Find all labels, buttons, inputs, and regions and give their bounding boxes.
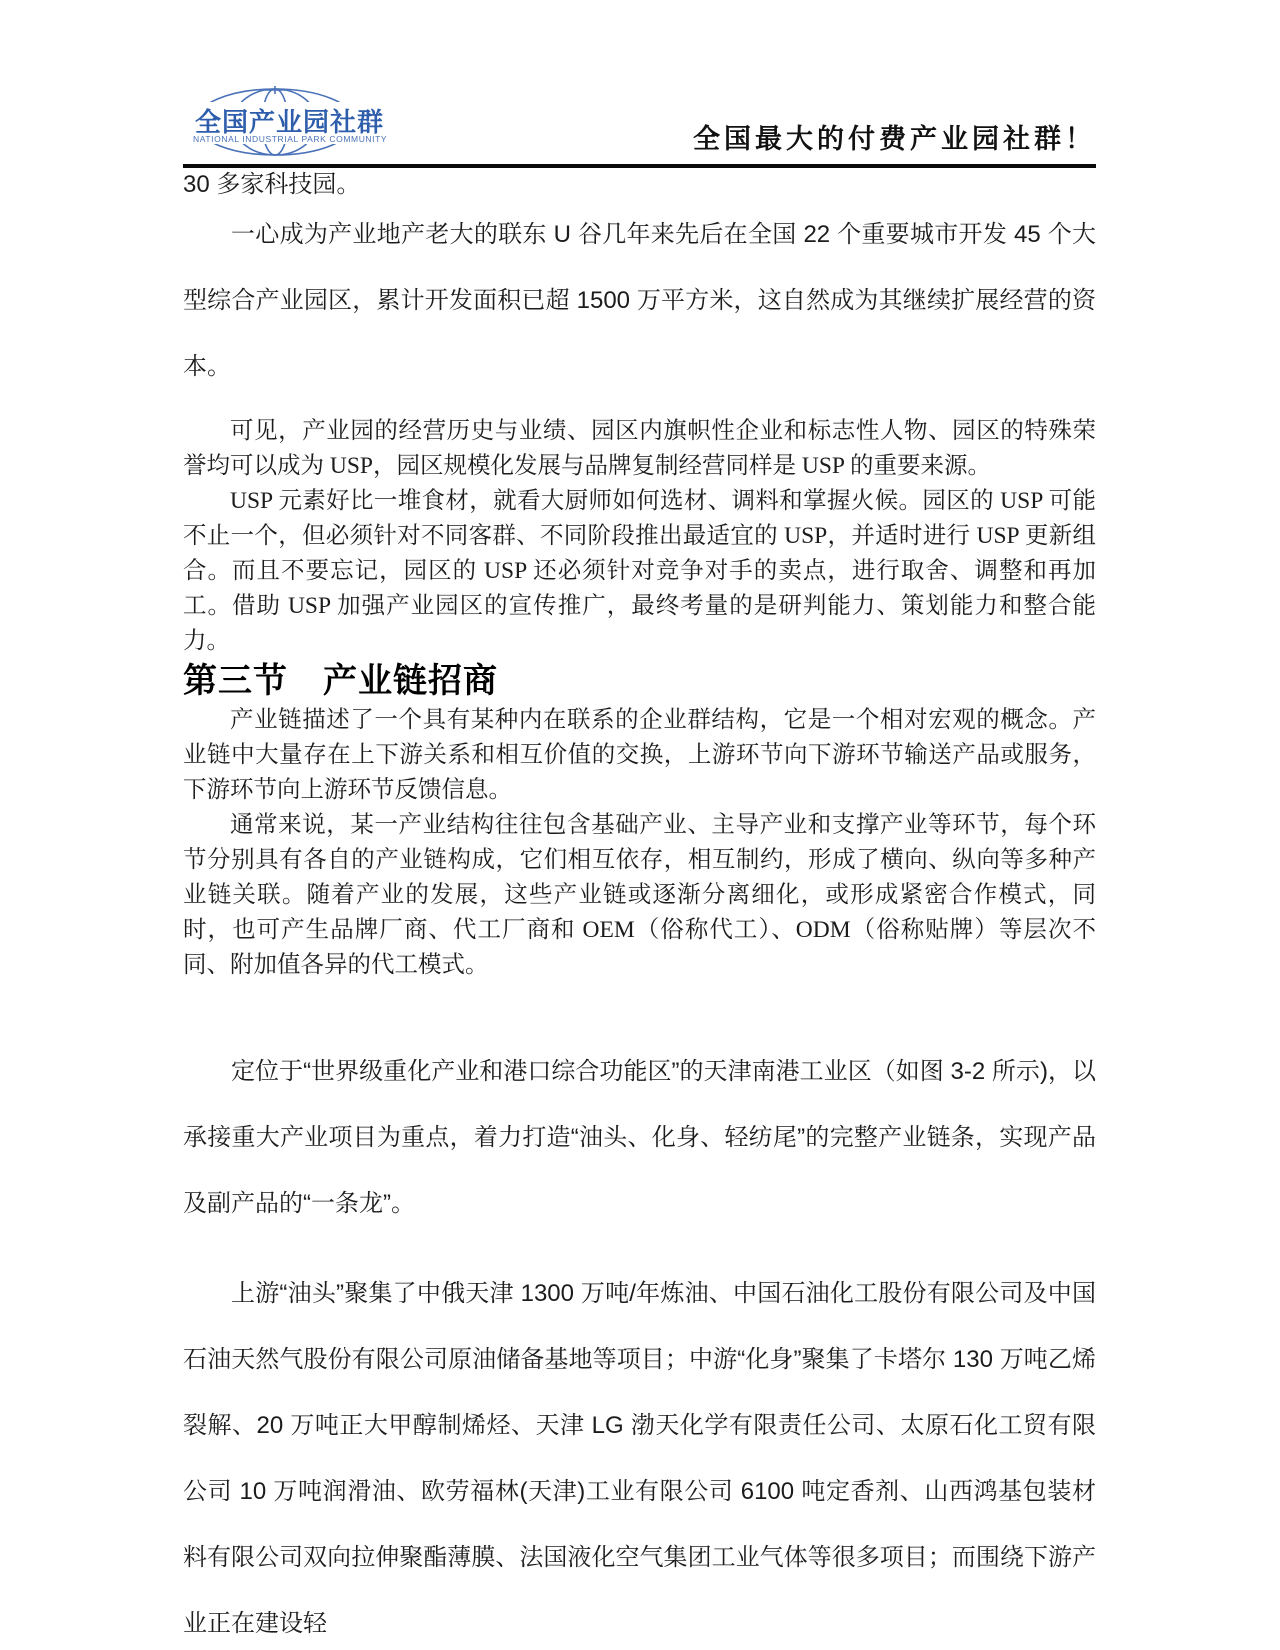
paragraph: 定位于“世界级重化产业和港口综合功能区”的天津南港工业区（如图 3-2 所示)，… [183,1039,1096,1237]
logo-subtitle: NATIONAL INDUSTRIAL PARK COMMUNITY [191,134,389,144]
paragraph: 产业链描述了一个具有某种内在联系的企业群结构，它是一个相对宏观的概念。产业链中大… [183,703,1096,808]
paragraph: 可见，产业园的经营历史与业绩、园区内旗帜性企业和标志性人物、园区的特殊荣誉均可以… [183,414,1096,484]
header-tagline: 全国最大的付费产业园社群！ [693,117,1096,158]
paragraph: 30 多家科技园。 [183,168,1096,202]
logo: 全国产业园社群 NATIONAL INDUSTRIAL PARK COMMUNI… [183,86,393,158]
paragraph: 上游“油头”聚集了中俄天津 1300 万吨/年炼油、中国石油化工股份有限公司及中… [183,1261,1096,1650]
paragraph: USP 元素好比一堆食材，就看大厨师如何选材、调料和掌握火候。园区的 USP 可… [183,484,1096,659]
page-header: 全国产业园社群 NATIONAL INDUSTRIAL PARK COMMUNI… [183,84,1096,168]
document-page: 全国产业园社群 NATIONAL INDUSTRIAL PARK COMMUNI… [183,0,1096,1650]
paragraph: 通常来说，某一产业结构往往包含基础产业、主导产业和支撑产业等环节，每个环节分别具… [183,808,1096,983]
section-heading: 第三节 产业链招商 [183,659,1096,703]
document-body: 30 多家科技园。一心成为产业地产老大的联东 U 谷几年来先后在全国 22 个重… [183,168,1096,1650]
paragraph: 一心成为产业地产老大的联东 U 谷几年来先后在全国 22 个重要城市开发 45 … [183,202,1096,400]
